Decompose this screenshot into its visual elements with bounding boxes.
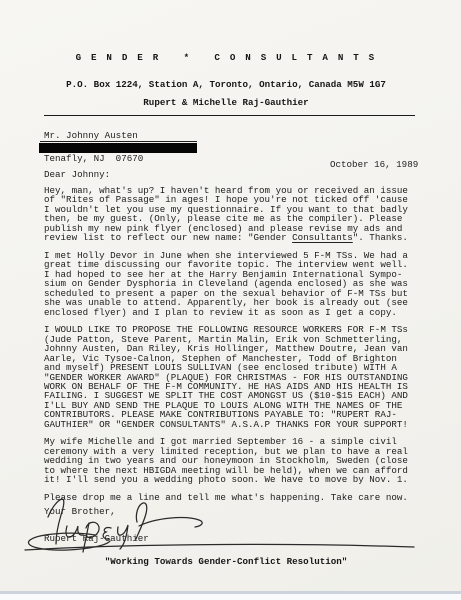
paragraph-1-tail-suffix: ". Thanks. [353, 232, 408, 243]
scan-bottom-edge-strip [0, 594, 461, 600]
salutation: Dear Johnny: [44, 170, 110, 179]
paragraph-1: Hey, man, what's up? I haven't heard fro… [44, 186, 416, 243]
letterhead-address: P.O. Box 1224, Station A, Toronto, Ontar… [0, 80, 452, 89]
signature-typed-name: Rupert Raj-Gauthier [44, 534, 149, 543]
letterhead-authors: Rupert & Michelle Raj-Gauthier [0, 98, 452, 107]
paragraph-1-lines: Hey, man, what's up? I haven't heard fro… [44, 185, 408, 234]
recipient-name-underline [40, 141, 197, 142]
letterhead-org-name: G E N D E R * C O N S U L T A N T S [0, 53, 452, 62]
letter-page: G E N D E R * C O N S U L T A N T S P.O.… [0, 0, 461, 600]
recipient-city: Tenafly, NJ 07670 [44, 154, 143, 163]
recipient-name: Mr. Johnny Austen [44, 131, 138, 140]
underlined-word-consultants: Consultants [292, 232, 353, 243]
redaction-bar [39, 143, 197, 154]
paragraph-1-lastline: review list to reflect our new name: "Ge… [44, 232, 408, 243]
footer-motto: "Working Towards Gender-Conflict Resolut… [0, 557, 452, 566]
paragraph-2: I met Holly Devor in June when she inter… [44, 251, 416, 317]
paragraph-4: My wife Michelle and I got married Septe… [44, 437, 416, 484]
paragraph-5: Please drop me a line and tell me what's… [44, 493, 416, 502]
closing-valediction: Your Brother, [44, 507, 116, 516]
letter-date: October 16, 1989 [330, 160, 418, 169]
letterhead-divider [44, 115, 415, 116]
signature-underline [25, 544, 414, 550]
paragraph-3: I WOULD LIKE TO PROPOSE THE FOLLOWING RE… [44, 325, 416, 429]
letter-body: Hey, man, what's up? I haven't heard fro… [44, 186, 416, 511]
paragraph-1-tail-prefix: review list to reflect our new name: "Ge… [44, 232, 292, 243]
